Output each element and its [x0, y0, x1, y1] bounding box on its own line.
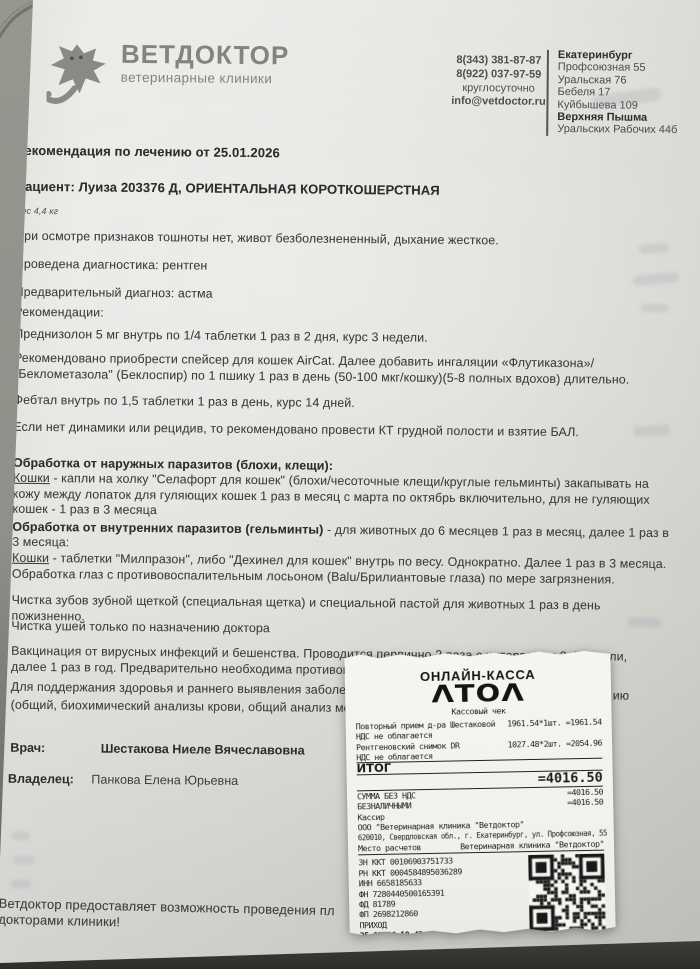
- internal-parasites-section: Обработка от внутренних паразитов (гельм…: [12, 520, 672, 573]
- doctor-name: Шестакова Ниеле Вячеславовна: [101, 742, 305, 758]
- external-parasites-section: Обработка от наружных паразитов (блохи, …: [12, 456, 658, 524]
- text-fragment-beside-receipt: ию: [613, 689, 643, 705]
- recommendation-item: Преднизолон 5 мг внутрь по 1/4 таблетки …: [14, 327, 664, 349]
- bleed-through-mark: [13, 856, 35, 864]
- bleed-through-mark: [639, 243, 670, 254]
- recommendation-item: Если нет динамики или рецидив, то рекоме…: [13, 420, 663, 442]
- section-body: - капли на холку "Селафорт для кошек" (б…: [12, 471, 649, 517]
- email-address: info@vetdoctor.ru: [440, 95, 556, 110]
- address-line: Профсоюзная 55: [558, 61, 678, 75]
- closing-text: докторами клиники!: [0, 911, 120, 929]
- owner-name: Панкова Елена Юрьевна: [91, 773, 238, 788]
- receipt-qr-code: [528, 854, 605, 931]
- address-line: Уральская 76: [558, 74, 678, 88]
- cash-receipt: ОНЛАЙН-КАССА ΛТОΛ Кассовый чек Повторный…: [344, 648, 615, 936]
- doctor-label: Врач:: [10, 741, 45, 755]
- place-label: Место расчетов: [358, 842, 421, 854]
- section-heading: Обработка от внутренних паразитов (гельм…: [12, 520, 323, 537]
- receipt-paper: ОНЛАЙН-КАССА ΛТОΛ Кассовый чек Повторный…: [344, 648, 615, 936]
- brand-text: ВЕТДОКТОР ветеринарные клиники: [121, 39, 290, 87]
- owner-label: Владелец:: [8, 772, 74, 787]
- document-title: Рекомендация по лечению от 25.01.2026: [16, 143, 666, 165]
- brand-tagline: ветеринарные клиники: [121, 70, 290, 87]
- bleed-through-mark: [640, 304, 668, 312]
- item-sum: шт. =1961.54: [548, 716, 602, 727]
- row-value: =4016.50: [567, 786, 603, 797]
- bleed-through-mark: [633, 425, 670, 437]
- recommendation-item: Фебтал внутрь по 1,5 таблетки 1 раз в де…: [14, 393, 664, 415]
- recommendation-item: Рекомендовано приобрести спейсер для кош…: [14, 351, 664, 388]
- header-divider: [546, 50, 549, 136]
- working-hours: круглосуточно: [441, 81, 557, 96]
- diagnosis-line: Предварительный диагноз: астма: [15, 285, 665, 307]
- city-name: Верхняя Пышма: [557, 111, 677, 125]
- owner-row: Владелец: Панкова Елена Юрьевна: [8, 772, 238, 788]
- diagnostics-line: Проведена диагностика: рентген: [15, 257, 665, 279]
- contact-block: 8(343) 381-87-87 8(922) 037-97-59 кругло…: [440, 54, 557, 110]
- phone-number: 8(922) 037-97-59: [441, 68, 557, 83]
- phone-number: 8(343) 381-87-87: [441, 54, 557, 69]
- patient-line: Пациент: Луиза 203376 Д, ОРИЕНТАЛЬНАЯ КО…: [16, 179, 666, 201]
- address-line: Уральских Рабочих 44б: [557, 123, 677, 137]
- row-label: БЕЗНАЛИЧНЫМИ: [357, 801, 411, 812]
- brand-name: ВЕТДОКТОР: [121, 39, 290, 71]
- bleed-through-mark: [11, 880, 31, 888]
- recommendations-label: Рекомендации:: [14, 305, 664, 327]
- city-name: Екатеринбург: [558, 49, 678, 63]
- doctor-row: Врач: Шестакова Ниеле Вячеславовна: [10, 741, 305, 758]
- exam-findings: При осмотре признаков тошноты нет, живот…: [15, 229, 665, 251]
- species-label: Кошки: [12, 551, 49, 565]
- clinic-logo: ВЕТДОКТОР ветеринарные клиники: [46, 38, 289, 116]
- bleed-through-mark: [627, 618, 661, 627]
- item-qty: 1961.54*1: [502, 718, 548, 729]
- weight-line: Вес 4,4 кг: [15, 204, 665, 226]
- item-sum: шт. =2054.96: [548, 737, 602, 748]
- cat-logo-icon: [46, 38, 111, 115]
- photo-of-document: { "clinic": { "name": "ВЕТДОКТОР", "tagl…: [0, 0, 700, 969]
- section-heading: Обработка от наружных паразитов (блохи, …: [13, 456, 333, 473]
- item-qty: 1027.48*2: [502, 738, 548, 749]
- row-value: =4016.50: [567, 797, 603, 808]
- bleed-through-mark: [11, 832, 29, 840]
- species-label: Кошки: [13, 471, 50, 485]
- fiscal-block: ЗН ККТ 00106903751733 РН ККТ 00045848950…: [358, 853, 606, 941]
- atol-logo: ΛТОΛ: [355, 681, 601, 706]
